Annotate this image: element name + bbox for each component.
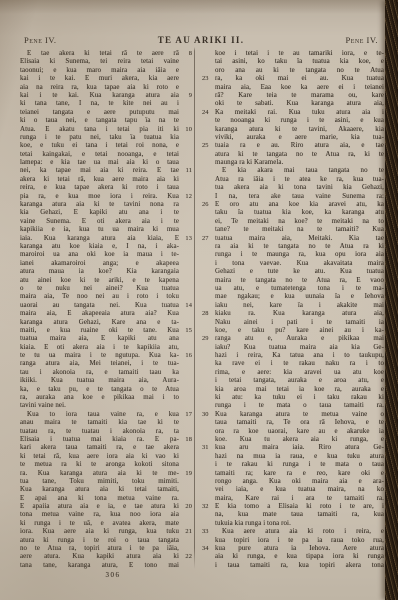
verse-text: iaku nei, kare ïa i akakite mai	[215, 302, 384, 310]
text-line: 34kua pure atura ia Iehova. Aere atura	[200, 545, 384, 553]
text-line: E kia akara mai taua tangata no te	[200, 167, 384, 175]
text-line: 24Ka meitaki rai. Kua tuku atura aia i	[200, 109, 384, 117]
text-line: ki tetai rā, kua aere iora aia ki vao ki	[20, 453, 192, 461]
book-fore-edge	[385, 0, 398, 600]
text-line: tua tane, Toku mimiti, toku mimiti.	[20, 478, 192, 486]
verse-text: I na, tera ake taua vaine Sunema ra:	[215, 193, 384, 201]
verse-number	[179, 142, 192, 150]
verse-number: 11	[179, 167, 192, 175]
verse-number: 28	[200, 310, 215, 318]
verse-number: 23	[200, 75, 215, 83]
verse-text: o te nuku nei ainei? Kua tuatua	[20, 285, 179, 293]
verse-number	[200, 176, 215, 184]
text-line: kiaia. E oti akera aia i te kapikiia atu…	[20, 344, 192, 352]
verse-text: reira, e kua tapae akera ki roto i taua	[20, 184, 179, 192]
verse-text: Gehazi e tute ke atu. Kua tuatua	[215, 268, 384, 276]
verse-text: i tona vaevae. Kua akavaitata maira	[215, 260, 384, 268]
verse-text: ra, ka oki mai ei au. Kua tuatua	[215, 75, 384, 83]
verse-number	[200, 327, 215, 335]
verse-text: maira te tangata no te Atua ra, E vaoo	[215, 277, 384, 285]
text-line: ra aia ki te tangata no te Atua ra ki	[200, 243, 384, 251]
verse-number	[179, 419, 192, 427]
text-line: 32E kia tomo a Elisaia ki roto i te are,…	[200, 503, 384, 511]
text-line: i taua tamaiti ra, kua topiri akera tona	[200, 562, 384, 570]
verse-number: 16	[179, 352, 192, 360]
verse-number	[200, 100, 215, 108]
text-line: koe i tetai i te au tamariki iora, e te-	[200, 50, 384, 58]
text-line: Kua karanga atura aia ki tetai tamaiti,	[20, 486, 192, 494]
verse-text: taku ïa tuatua kia koe, ka karanga atu	[215, 209, 384, 217]
text-line: runga i te mata o taua tamaiti ra.	[200, 402, 384, 410]
verse-text: tuatua maira aia, E kapiki atu ana	[20, 335, 179, 343]
verse-number	[179, 117, 192, 125]
verse-text: vaine Sunema. E oti akera aia i te	[20, 218, 179, 226]
text-line: ki o taua nei, e tangata tapu ïa na te	[20, 117, 192, 125]
text-line: iora. Kua aere aia ki runga, kua tuku21	[20, 528, 192, 536]
text-line: 29ranga atu e, Auraka e pikikaa mai	[200, 335, 384, 343]
verse-text: ianei akamaroiroi anga; e akapeea	[20, 260, 179, 268]
verse-number	[179, 545, 192, 553]
verse-text: te metua ra ki te aronga kokoti sitona	[20, 461, 179, 469]
text-line: 25tuaia ra e au. Riro atura aia, e tae	[200, 142, 384, 150]
verse-text: maiti, e kua ruaine oki te tane. Kua	[20, 327, 179, 335]
text-line: rongo anga. Kua oki maira aia e ara-	[200, 478, 384, 486]
verse-number	[200, 268, 215, 276]
verse-number	[200, 209, 215, 217]
text-line: 26E oro atu ana koe kia aravei atu, ka	[200, 201, 384, 209]
verse-text: ki runga i te uā, e avatea akera, mate	[20, 520, 179, 528]
verse-text: hazi na mua ia raua, e kua tuku atura	[215, 453, 384, 461]
verse-number	[200, 92, 215, 100]
verse-text: ki o taua nei, e tangata tapu ïa na te	[20, 117, 179, 125]
verse-text: karanga atura Gehazi, Kare ana e ta-	[20, 319, 179, 327]
verse-number	[200, 352, 215, 360]
verse-number	[200, 369, 215, 377]
verse-text: kiaia. E oti akera aia i te kapikiia atu…	[20, 344, 179, 352]
verse-number	[200, 293, 215, 301]
verse-text: tukuia kia runga i tona roi.	[215, 520, 384, 528]
verse-text: atu ainei koe ki te ariki, e te kapena	[20, 277, 179, 285]
text-line: nei, ka tapae mai aia ki reira. E tae11	[20, 167, 192, 175]
text-line: te tu ua maira i te ngutupa. Kua ka-16	[20, 352, 192, 360]
verse-number	[179, 344, 192, 352]
verse-number	[179, 386, 192, 394]
verse-text: ki tana tane, I na, te kite nei au i	[20, 100, 179, 108]
verse-text: taua tamaiti ra, Te ora rā Iehova, e te	[215, 419, 384, 427]
text-line: Atua. E akatu tana i tetai pia iti ki10	[20, 126, 192, 134]
text-line: iaku nei, kare ïa i akakite mai	[200, 302, 384, 310]
text-line: kari akera taua tamaiti ra, e tae akera	[20, 444, 192, 452]
verse-text: maira aia, E akapeeaia atura aia? Kua	[20, 310, 179, 318]
verse-number: 14	[179, 302, 192, 310]
verse-text: E apai ana ki tona metua vaine ra.	[20, 495, 179, 503]
verse-text: vei iaia, e kua tuatua maira, na ko	[215, 486, 384, 494]
text-line: pia ra, e kua moe iora i reira. Kua12	[20, 193, 192, 201]
verse-number	[179, 100, 192, 108]
text-line: atura maua ia koe? Kia karangaia	[20, 268, 192, 276]
verse-number	[179, 461, 192, 469]
verse-number	[179, 176, 192, 184]
text-line: ki tana tane, I na, te kite nei au i	[20, 100, 192, 108]
verse-text: Atua ra iāia i te atea ke ra, kua tua-	[215, 176, 384, 184]
verse-text: koe, e taku pu? kare ainei au i ka-	[215, 327, 384, 335]
verse-text: karanga atura aia ki te tavini nona ra	[20, 201, 179, 209]
verse-number: 27	[200, 235, 215, 243]
verse-number	[179, 428, 192, 436]
verse-text: ranga atura aia, Mei teianei, i te tua-	[20, 360, 179, 368]
text-columns: E tae akera ki tetai rā te aere rā8Elisa…	[20, 50, 384, 570]
verse-text: E tae akera ki tetai rā te aere rā	[20, 50, 179, 58]
text-line: rima, e aere: kia aravei ua atu koe	[200, 369, 384, 377]
text-line: maroiroi ua ana oki koe ia maua i te-	[20, 251, 192, 259]
text-line: reira, e kua tapae akera ki roto i taua	[20, 184, 192, 192]
verse-number	[179, 268, 192, 276]
verse-number: 25	[200, 142, 215, 150]
text-line: tuatua maira aia, E kapiki atu ana	[20, 335, 192, 343]
verse-number	[200, 478, 215, 486]
text-line: 28kiaku ra. Kua karanga atura aia,	[200, 310, 384, 318]
verse-text: runga i te patu nei, taku ïa tuatua kia	[20, 134, 179, 142]
verse-text: hazi i reira, Ka tatua ana i to taukupu,	[215, 352, 384, 360]
verse-number	[179, 293, 192, 301]
text-line: atu ainei koe ki te ariki, e te kapena	[20, 277, 192, 285]
text-line: runga i te patu nei, taku ïa tuatua kia	[20, 134, 192, 142]
text-line: aia ki runga, e kua tipapa iora ki runga	[200, 553, 384, 561]
verse-number	[200, 251, 215, 259]
text-line: atura ki te tangata no te Atua ra, ki te	[200, 151, 384, 159]
text-line: vei iaia, e kua tuatua maira, na ko	[200, 486, 384, 494]
verse-text: karanga atu koe kiaia e, I na, i aka-	[20, 243, 179, 251]
verse-text: mae ngakau; e kua uunaia ïa e Iehova	[215, 293, 384, 301]
verse-text: rongo anga. Kua oki maira aia e ara-	[215, 478, 384, 486]
verse-number	[200, 67, 215, 75]
verse-text: no te Atua ra, topiri atura i te pa iāia…	[20, 545, 179, 553]
verse-number	[179, 394, 192, 402]
verse-number	[179, 335, 192, 343]
verse-text: teianei tangata e aere putuputu mai	[20, 109, 179, 117]
verse-number	[200, 84, 215, 92]
text-line: Gehazi e tute ke atu. Kua tuatua	[200, 268, 384, 276]
verse-text: E apaiia atura aia e ia, e tae atura ki	[20, 503, 179, 511]
text-line: E tae akera ki tetai rā te aere rā8	[20, 50, 192, 58]
verse-text: ki atu: ka tuku ei i taku rakau ki	[215, 394, 384, 402]
verse-text: kai i te kai. Kua karanga atura aia	[20, 92, 179, 100]
page-number: 306	[86, 571, 140, 581]
verse-text: ei, Te meitaki na koe? te meitaki na to	[215, 218, 384, 226]
text-line: Atua ra iāia i te atea ke ra, kua tua-	[200, 176, 384, 184]
verse-number	[200, 461, 215, 469]
text-line: tuatau ra, te tuatau i akonoia ra, ta	[20, 428, 192, 436]
verse-text: atura maua ia koe? Kia karangaia	[20, 268, 179, 276]
verse-text: i tetai tangata, auraka e aroa atu, e	[215, 377, 384, 385]
text-line: ra, auraka ana koe e pikikaa mai i to	[20, 394, 192, 402]
verse-text: karanga atura ki te tavini, Akaaere, kia	[215, 126, 384, 134]
verse-text: ra. Kua karanga atura aia ki te me-	[20, 470, 179, 478]
verse-text: E kia akara mai taua tangata no te	[215, 167, 384, 175]
verse-number	[179, 260, 192, 268]
verse-number: 18	[179, 436, 192, 444]
text-line: koe. Kua tu akera aia ki runga, e	[200, 436, 384, 444]
text-line: iaku? Kua tuatua maira aia kia Ge-	[200, 344, 384, 352]
verse-text: koe, e tuku ei tana i tetai roi nona, e	[20, 142, 179, 150]
verse-text: Elisaia ki Sunema, tei reira tetai vaine	[20, 58, 179, 66]
verse-text: Elisaia i tuatua mai kiaia ra. E pa-	[20, 436, 179, 444]
verse-number: 34	[200, 545, 215, 553]
verse-text: tona metua vaine ra, kua noo iora aia	[20, 511, 179, 519]
verse-number	[200, 386, 215, 394]
verse-text: rima, e aere: kia aravei ua atu koe	[215, 369, 384, 377]
verse-text: Atua. E akatu tana i tetai pia iti ki	[20, 126, 179, 134]
text-line: oro ana au ki te tangata no te Atua	[200, 67, 384, 75]
text-line: tona metua vaine ra, kua noo iora aia	[20, 511, 192, 519]
verse-number	[179, 159, 192, 167]
verse-text: aia ki runga, e kua tipapa iora ki runga	[215, 553, 384, 561]
verse-text: Kua karanga atura aia ki tetai tamaiti,	[20, 486, 179, 494]
verse-text: Naku ainei i pati i te tamaiti ia	[215, 319, 384, 327]
verse-text: ki tetai rā, kua aere iora aia ki vao ki	[20, 453, 179, 461]
verse-text: aere atura. Kua kapiki atura aia ki	[20, 553, 179, 561]
verse-number	[200, 151, 215, 159]
verse-number	[179, 495, 192, 503]
verse-text: viviki, auraka e aere marie, kia tua-	[215, 134, 384, 142]
verse-number	[179, 520, 192, 528]
verse-text: Kua to iora taua vaine ra, e kua	[20, 411, 179, 419]
text-line: I na, tera ake taua vaine Sunema ra:	[200, 193, 384, 201]
text-line: maiti, e kua ruaine oki te tane. Kua15	[20, 327, 192, 335]
verse-number	[179, 151, 192, 159]
verse-number	[200, 184, 215, 192]
verse-number: 24	[200, 109, 215, 117]
verse-text: Kua karanga atura te metua vaine o	[215, 411, 384, 419]
verse-text: akera ki tetai rā, kua aere maira aia ki	[20, 176, 179, 184]
text-line: tau i akonoia ra, e tamaiti taau ka	[20, 369, 192, 377]
verse-number	[179, 537, 192, 545]
verse-text: maunga ra ki Karamela.	[215, 159, 384, 167]
verse-text: i taua tamaiti ra, kua topiri akera tona	[215, 562, 384, 570]
verse-text: Ka meitaki rai. Kua tuku atura aia i	[215, 109, 384, 117]
verse-number: 29	[200, 335, 215, 343]
verse-text: kari akera taua tamaiti ra, e tae akera	[20, 444, 179, 452]
verse-number: 19	[179, 470, 192, 478]
verse-number	[200, 134, 215, 142]
verse-number	[179, 285, 192, 293]
text-line: oki te sabati. Kua karanga atura aia,	[200, 100, 384, 108]
text-line: 31kua aru maira iaia. Riro atura Ge-	[200, 444, 384, 452]
text-line: tavini vaine nei.	[20, 402, 192, 410]
text-line: maira te tangata no te Atua ra, E vaoo	[200, 277, 384, 285]
verse-number: 32	[200, 503, 215, 511]
verse-text: ranga atu e, Auraka e pikikaa mai	[215, 335, 384, 343]
verse-number: 10	[179, 126, 192, 134]
chapter-head-right: Pene IV.	[345, 35, 378, 45]
text-line: tamaiti ra; kare ra e reo, kare oki e	[200, 470, 384, 478]
text-line: kai i te kai. E muri akera, kia aere	[20, 75, 192, 83]
verse-number	[179, 402, 192, 410]
verse-number	[200, 453, 215, 461]
verse-text: tamaiti ra; kare ra e reo, kare oki e	[215, 470, 384, 478]
text-line: tane? te meitaki na te tamaiti? Kua	[200, 226, 384, 234]
text-line: hazi i reira, Ka tatua ana i to taukupu,	[200, 352, 384, 360]
verse-text: tua tane, Toku mimiti, toku mimiti.	[20, 478, 179, 486]
text-line: o te nuku nei ainei? Kua tuatua	[20, 285, 192, 293]
verse-text: ikiiki. Kua tuatua maira aia, Aura-	[20, 377, 179, 385]
text-line: maira aia, E akapeeaia atura aia? Kua	[20, 310, 192, 318]
verse-text: te nooanga ki runga i te asini, e kua	[215, 117, 384, 125]
right-column: koe i tetai i te au tamariki iora, e te-…	[200, 50, 384, 570]
text-line: akera ki tetai rā, kua aere maira aia ki	[20, 176, 192, 184]
verse-text: ua atu, e tumatetenga tona i te ma-	[215, 285, 384, 293]
verse-text: lamepa: e kia tae ua mai aia ki o taua	[20, 159, 179, 167]
verse-number	[200, 520, 215, 528]
text-line: kapikiia e ia, kua tu ua maira ki mua	[20, 226, 192, 234]
text-line: tua akera aia ki tona tavini kia Gehazi,	[200, 184, 384, 192]
verse-number	[200, 360, 215, 368]
verse-text: atura ki runga i te roi o taua tangata	[20, 537, 179, 545]
text-line: na, kua mate taua tamaiti ra, kua	[200, 511, 384, 519]
verse-text: tuaia ra e au. Riro atura aia, e tae	[215, 142, 384, 150]
chapter-head-left: Pene IV.	[24, 35, 57, 45]
text-line: taku ïa tuatua kia koe, ka karanga atu	[200, 209, 384, 217]
verse-text: runga i te mata o taua tamaiti ra.	[215, 402, 384, 410]
verse-text: tua akera aia ki tona tavini kia Gehazi,	[215, 184, 384, 192]
verse-number: 9	[179, 92, 192, 100]
verse-number: 20	[179, 503, 192, 511]
verse-text: E kia tomo a Elisaia ki roto i te are, i	[215, 503, 384, 511]
verse-text: tane? te meitaki na te tamaiti? Kua	[215, 226, 384, 234]
verse-text: maira, Kare rai i ara te tamaiti ra.	[215, 495, 384, 503]
verse-text: iaia. Kua karanga atura aia kiaia, E	[20, 235, 179, 243]
text-line: hazi na mua ia raua, e kua tuku atura	[200, 453, 384, 461]
verse-number	[200, 402, 215, 410]
verse-number	[200, 495, 215, 503]
verse-number	[200, 486, 215, 494]
text-line: ranga atura aia, Mei teianei, i te tua-	[20, 360, 192, 368]
verse-number	[179, 184, 192, 192]
verse-text: tau i akonoia ra, e tamaiti taau ka	[20, 369, 179, 377]
verse-text: ka, e taku pu, e te tangata o te Atua	[20, 386, 179, 394]
text-line: karanga atura ki te tavini, Akaaere, kia	[200, 126, 384, 134]
text-line: kai i te kai. Kua karanga atura aia9	[20, 92, 192, 100]
text-line: mae ngakau; e kua uunaia ïa e Iehova	[200, 293, 384, 301]
verse-number: 30	[200, 411, 215, 419]
text-line: ka, e taku pu, e te tangata o te Atua	[20, 386, 192, 394]
verse-text: na, kua mate taua tamaiti ra, kua	[215, 511, 384, 519]
verse-number	[179, 58, 192, 66]
verse-text: kai i te kai. E muri akera, kia aere	[20, 75, 179, 83]
book-title: TE AU ARIKI II.	[158, 35, 245, 45]
verse-number	[179, 377, 192, 385]
verse-text: kia aroa mai tetai ia koe ra, auraka e	[215, 386, 384, 394]
verse-number	[200, 126, 215, 134]
verse-number	[200, 218, 215, 226]
text-line: 33Kua aere atura aia ki roto i reira, e	[200, 528, 384, 536]
verse-text: tetai kaingakai, e tetai nooanga, e teta…	[20, 151, 179, 159]
verse-text: ra, auraka ana koe e pikikaa mai i to	[20, 394, 179, 402]
text-line: no te Atua ra, topiri atura i te pa iāia…	[20, 545, 192, 553]
verse-text: rā? Kare teia te marama ou, kare	[215, 92, 384, 100]
verse-text: te tu ua maira i te ngutupa. Kua ka-	[20, 352, 179, 360]
verse-number	[200, 50, 215, 58]
verse-number	[200, 377, 215, 385]
verse-text: maroiroi ua ana oki koe ia maua i te-	[20, 251, 179, 259]
text-line: runga i te maunga ra, kua opu iora aia	[200, 251, 384, 259]
text-line: uaorai au tangata nei. Kua tuatua14	[20, 302, 192, 310]
verse-number	[200, 243, 215, 251]
text-line: Kua to iora taua vaine ra, e kua17	[20, 411, 192, 419]
verse-text: ka rave ei i te rakau naku ra i to	[215, 360, 384, 368]
verse-text: Kua aere atura aia ki roto i reira, e	[215, 528, 384, 536]
column-divider	[194, 47, 195, 569]
verse-number: 13	[179, 235, 192, 243]
verse-text: uaorai au tangata nei. Kua tuatua	[20, 302, 179, 310]
text-line: vaine Sunema. E oti akera aia i te	[20, 218, 192, 226]
verse-number	[200, 537, 215, 545]
verse-number	[179, 134, 192, 142]
text-line: taoonui; e kua maro maira aia iāia e	[20, 67, 192, 75]
verse-number	[179, 251, 192, 259]
text-line: tai asini, ko taku ïa tuatua kia koe, e	[200, 58, 384, 66]
verse-number	[179, 201, 192, 209]
text-line: ikiiki. Kua tuatua maira aia, Aura-	[20, 377, 192, 385]
text-line: E apai ana ki tona metua vaine ra.	[20, 495, 192, 503]
verse-number	[179, 486, 192, 494]
text-line: i te rakau ki runga i te mata o taua	[200, 461, 384, 469]
verse-number	[179, 444, 192, 452]
verse-number	[179, 209, 192, 217]
verse-number	[179, 67, 192, 75]
text-line: tetai kaingakai, e tetai nooanga, e teta…	[20, 151, 192, 159]
verse-text: kiaku ra. Kua karanga atura aia,	[215, 310, 384, 318]
text-line: atura ki runga i te roi o taua tangata	[20, 537, 192, 545]
verse-number	[200, 319, 215, 327]
text-line: 27tuatua maira aia, Meitaki. Kia tae	[200, 235, 384, 243]
verse-number	[200, 260, 215, 268]
verse-text: kua aru maira iaia. Riro atura Ge-	[215, 444, 384, 452]
text-line: Elisaia i tuatua mai kiaia ra. E pa-18	[20, 436, 192, 444]
verse-number	[179, 75, 192, 83]
text-line: kua topiri iora i te pa ia raua toko rua…	[200, 537, 384, 545]
text-line: ei, Te meitaki na koe? te meitaki na to	[200, 218, 384, 226]
verse-text: maira aia, Eaa koe ka aere ei i teianei	[215, 84, 384, 92]
text-line: rā? Kare teia te marama ou, kare	[200, 92, 384, 100]
text-line: anau maira te tamaiti kia tae ki te	[20, 419, 192, 427]
verse-number	[200, 470, 215, 478]
text-line: maira, Kare rai i ara te tamaiti ra.	[200, 495, 384, 503]
verse-number	[200, 419, 215, 427]
verse-text: tuatau ra, te tuatau i akonoia ra, ta	[20, 428, 179, 436]
verse-number	[179, 226, 192, 234]
text-line: maunga ra ki Karamela.	[200, 159, 384, 167]
verse-text: kapikiia e ia, kua tu ua maira ki mua	[20, 226, 179, 234]
verse-text: oki te sabati. Kua karanga atura aia,	[215, 100, 384, 108]
verse-number	[179, 109, 192, 117]
verse-text: tavini vaine nei.	[20, 402, 179, 410]
verse-number: 26	[200, 201, 215, 209]
text-line: ki atu: ka tuku ei i taku rakau ki	[200, 394, 384, 402]
verse-number	[200, 302, 215, 310]
verse-number	[200, 428, 215, 436]
verse-number	[179, 218, 192, 226]
text-line: 23ra, ka oki mai ei au. Kua tuatua	[200, 75, 384, 83]
verse-text: kia Gehazi, E kapiki atu ana i te	[20, 209, 179, 217]
verse-text: E oro atu ana koe kia aravei atu, ka	[215, 201, 384, 209]
text-line: ka rave ei i te rakau naku ra i to	[200, 360, 384, 368]
verse-text: iaku? Kua tuatua maira aia kia Ge-	[215, 344, 384, 352]
text-line: iaia. Kua karanga atura aia kiaia, E13	[20, 235, 192, 243]
text-line: koe, e tuku ei tana i tetai roi nona, e	[20, 142, 192, 150]
verse-text: tai asini, ko taku ïa tuatua kia koe, e	[215, 58, 384, 66]
text-line: ianei akamaroiroi anga; e akapeea	[20, 260, 192, 268]
